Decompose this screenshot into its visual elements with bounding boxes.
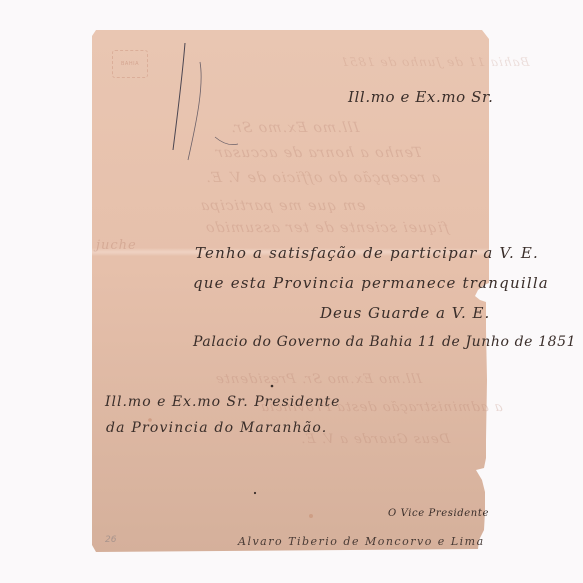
bleed-through-fragment: juche <box>96 238 137 253</box>
page-number: 26 <box>105 535 116 545</box>
faded-stamp: BAHIA <box>112 50 148 78</box>
stamp-text: BAHIA <box>121 61 139 67</box>
body-line: Tenho a satisfação de participar a V. E. <box>195 244 539 262</box>
bleed-through-line: a recepção do officio de V. E. <box>204 170 441 186</box>
bleed-through-line: fiquei sciente de ter assumido <box>204 220 450 236</box>
stain-spot <box>309 514 313 518</box>
ink-speck <box>254 492 256 494</box>
document-scan: BAHIA Ill.mo Ex.mo Sr. Tenho a honra de … <box>0 0 583 583</box>
place-date-line: Palacio do Governo da Bahia 11 de Junho … <box>193 334 576 350</box>
bleed-through-line: Tenho a honra de accusar <box>214 145 423 161</box>
bleed-through-line: Ill.mo Ex.mo Sr. <box>229 120 360 136</box>
body-line: que esta Provincia permanece tranquilla <box>193 274 549 292</box>
bleed-through-line: Ill.mo Ex.mo Sr. Presidente <box>214 372 423 387</box>
salutation: Ill.mo e Ex.mo Sr. <box>348 88 494 106</box>
signature-name: Alvaro Tiberio de Moncorvo e Lima <box>238 535 485 548</box>
addressee-line: da Provincia do Maranhão. <box>106 420 327 436</box>
bleed-through-line: em que me participa <box>199 198 367 214</box>
faded-date-line: Bahia 11 de Junho de 1851 <box>339 55 530 69</box>
signature-title: O Vice Presidente <box>388 508 489 519</box>
addressee-line: Ill.mo e Ex.mo Sr. Presidente <box>105 394 340 410</box>
closing-line: Deus Guarde a V. E. <box>320 304 490 322</box>
